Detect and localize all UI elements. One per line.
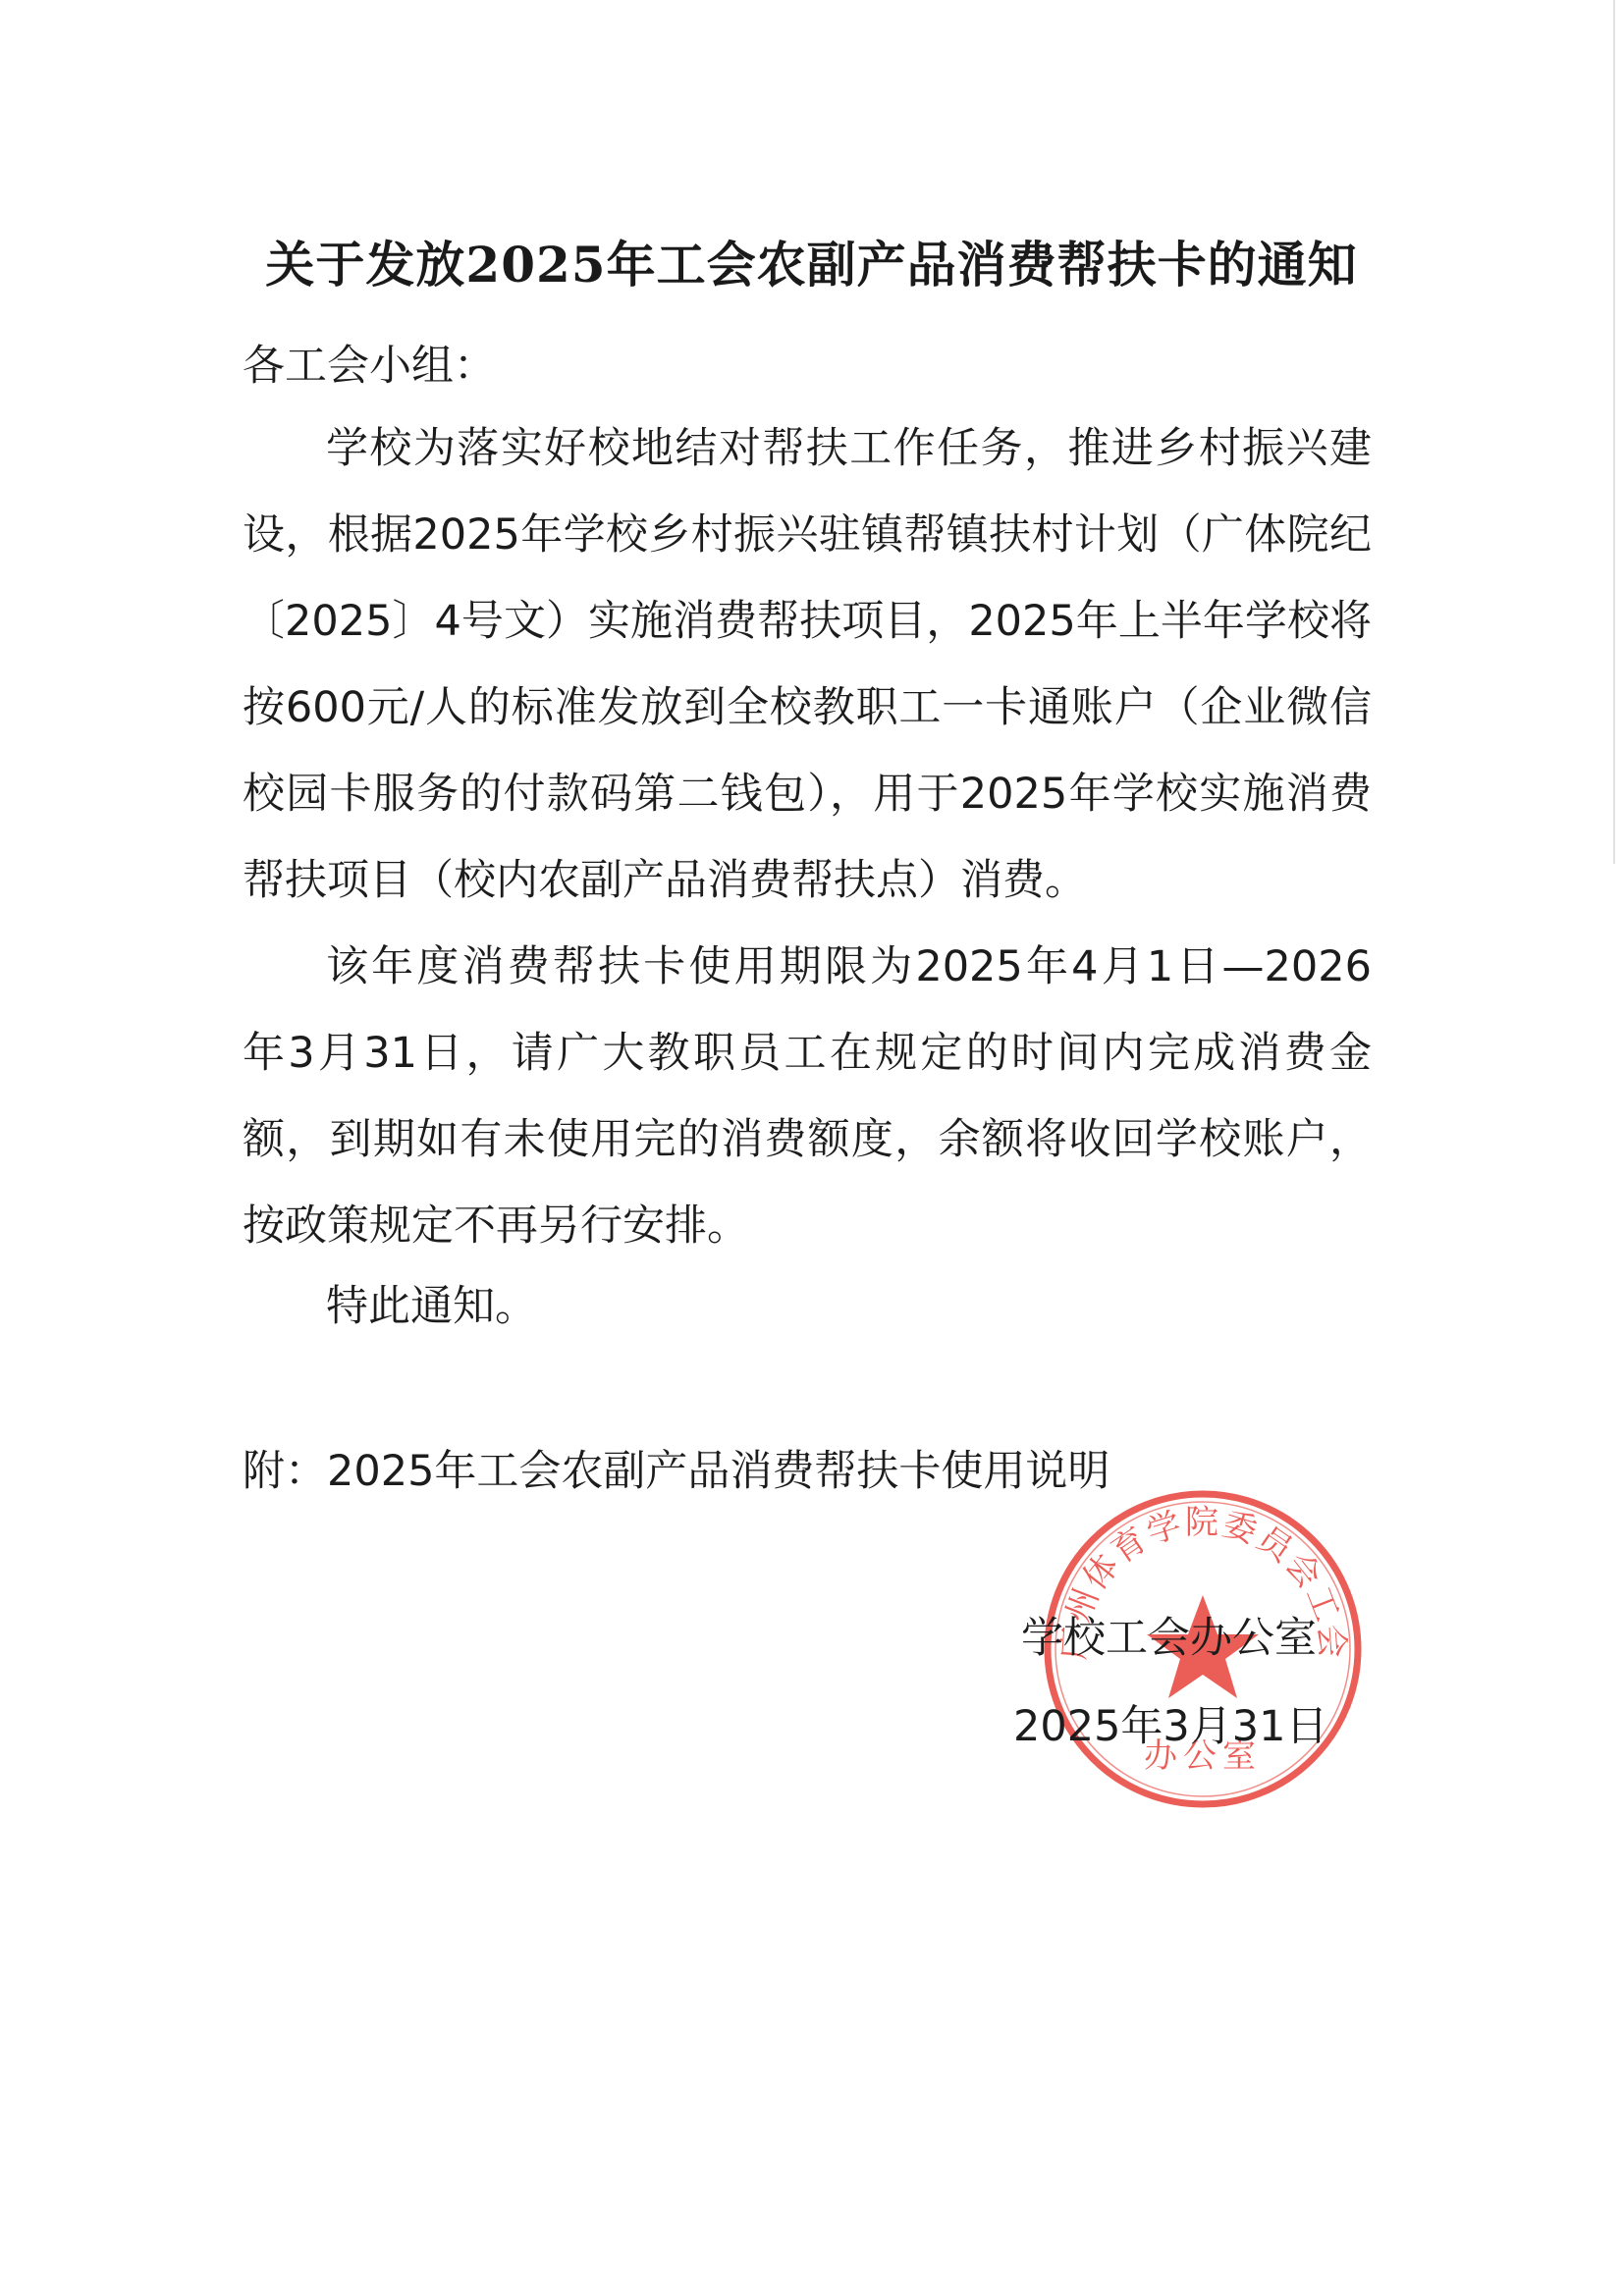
paragraph-line: 该年度消费帮扶卡使用期限为2025年4月1日—2026 xyxy=(326,946,1372,988)
paragraph-line: 校园卡服务的付款码第二钱包），用于2025年学校实施消费 xyxy=(243,774,1372,816)
document-title: 关于发放2025年工会农副产品消费帮扶卡的通知 xyxy=(0,226,1623,296)
paragraph-line: 〔2025〕4号文）实施消费帮扶项目，2025年上半年学校将 xyxy=(243,601,1372,643)
scan-edge-line xyxy=(1613,0,1615,864)
paragraph-line: 学校为落实好校地结对帮扶工作任务，推进乡村振兴建 xyxy=(326,428,1372,470)
closing-line: 特此通知。 xyxy=(326,1286,537,1328)
paragraph-line: 设，根据2025年学校乡村振兴驻镇帮镇扶村计划（广体院纪 xyxy=(243,514,1372,557)
paragraph-line: 按600元/人的标准发放到全校教职工一卡通账户（企业微信 xyxy=(243,687,1372,729)
issue-date: 2025年3月31日 xyxy=(1013,1706,1328,1748)
issuer-name: 学校工会办公室 xyxy=(1021,1618,1317,1660)
paragraph-line: 年3月31日，请广大教职员工在规定的时间内完成消费金 xyxy=(243,1033,1372,1075)
paragraph-line: 按政策规定不再另行安排。 xyxy=(243,1205,749,1248)
document-page: 关于发放2025年工会农副产品消费帮扶卡的通知 各工会小组： 学校为落实好校地结… xyxy=(0,0,1623,2296)
paragraph-line: 额，到期如有未使用完的消费额度，余额将收回学校账户， xyxy=(243,1119,1372,1161)
salutation: 各工会小组： xyxy=(243,346,496,388)
attachment-line: 附：2025年工会农副产品消费帮扶卡使用说明 xyxy=(243,1451,1109,1493)
paragraph-line: 帮扶项目（校内农副产品消费帮扶点）消费。 xyxy=(243,860,1087,902)
